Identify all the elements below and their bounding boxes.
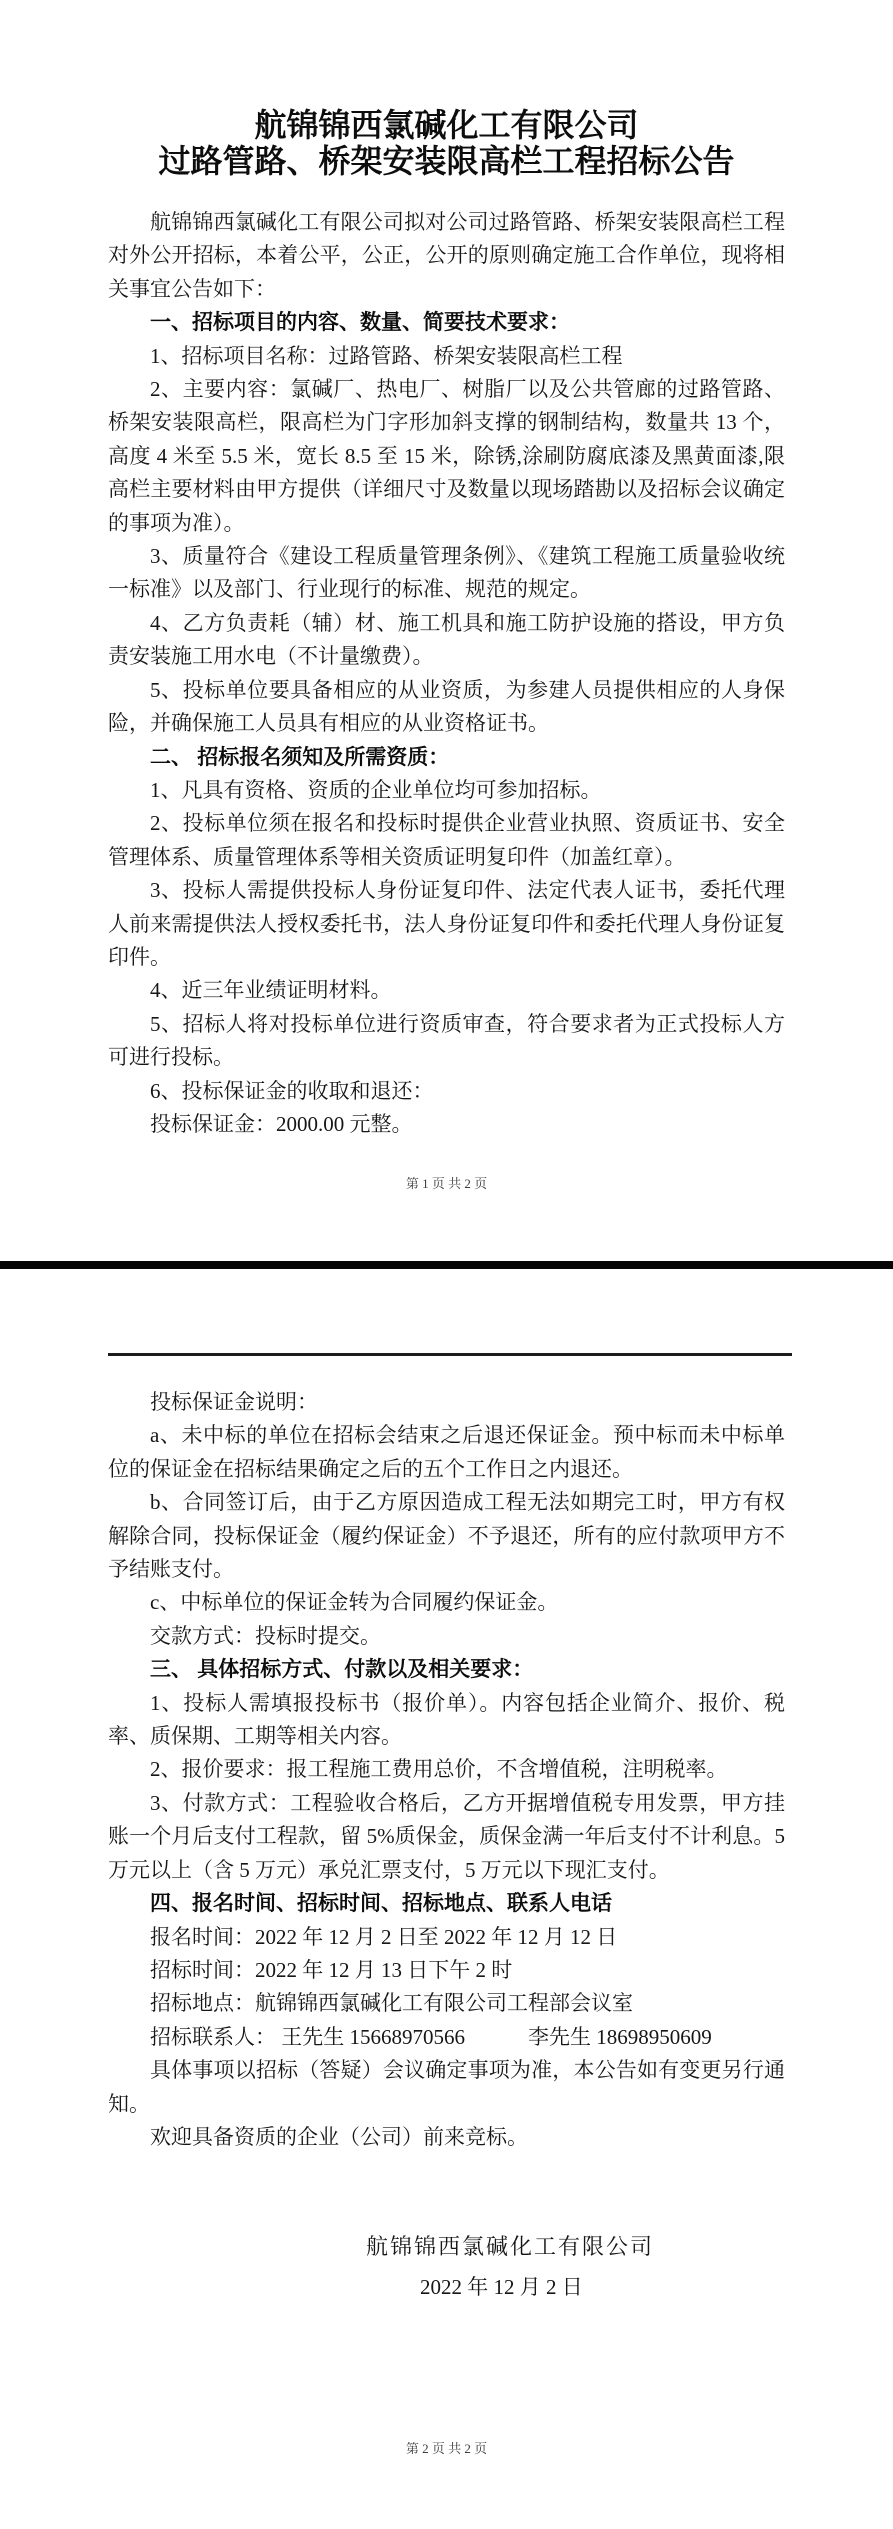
document-title: 航锦锦西氯碱化工有限公司 过路管路、桥架安装限高栏工程招标公告 [0, 107, 893, 179]
document-paragraph: 6、投标保证金的收取和退还： [108, 1075, 785, 1108]
page-1-body: 航锦锦西氯碱化工有限公司拟对公司过路管路、桥架安装限高栏工程对外公开招标，本着公… [108, 206, 785, 1141]
page-2-body: 投标保证金说明：a、未中标的单位在招标会结束之后退还保证金。预中标而未中标单位的… [108, 1386, 785, 2154]
document-paragraph: a、未中标的单位在招标会结束之后退还保证金。预中标而未中标单位的保证金在招标结果… [108, 1419, 785, 1486]
document-paragraph: 5、投标单位要具备相应的从业资质，为参建人员提供相应的人身保险，并确保施工人员具… [108, 674, 785, 741]
document-paragraph: 4、乙方负责耗（辅）材、施工机具和施工防护设施的搭设，甲方负责安装施工用水电（不… [108, 607, 785, 674]
document-paragraph: 招标时间：2022 年 12 月 13 日下午 2 时 [108, 1954, 785, 1987]
document-paragraph: 2、报价要求：报工程施工费用总价，不含增值税，注明税率。 [108, 1753, 785, 1786]
document-paragraph: 2、投标单位须在报名和投标时提供企业营业执照、资质证书、安全管理体系、质量管理体… [108, 807, 785, 874]
document-paragraph: 1、凡具有资格、资质的企业单位均可参加招标。 [108, 774, 785, 807]
signature-date: 2022 年 12 月 2 日 [420, 2271, 583, 2301]
document-paragraph: 1、招标项目名称：过路管路、桥架安装限高栏工程 [108, 340, 785, 373]
document-paragraph: 4、近三年业绩证明材料。 [108, 974, 785, 1007]
document-paragraph: 投标保证金说明： [108, 1386, 785, 1419]
document-paragraph: 航锦锦西氯碱化工有限公司拟对公司过路管路、桥架安装限高栏工程对外公开招标，本着公… [108, 206, 785, 306]
scanned-document: 航锦锦西氯碱化工有限公司 过路管路、桥架安装限高栏工程招标公告 航锦锦西氯碱化工… [0, 0, 893, 2529]
document-paragraph: 具体事项以招标（答疑）会议确定事项为准，本公告如有变更另行通知。 [108, 2054, 785, 2121]
document-paragraph: 二、 招标报名须知及所需资质： [108, 741, 785, 774]
document-paragraph: 1、投标人需填报投标书（报价单）。内容包括企业简介、报价、税率、质保期、工期等相… [108, 1687, 785, 1754]
document-paragraph: 一、招标项目的内容、数量、简要技术要求： [108, 306, 785, 339]
document-paragraph: 招标联系人： 王先生 15668970566 李先生 18698950609 [108, 2021, 785, 2054]
document-paragraph: 招标地点：航锦锦西氯碱化工有限公司工程部会议室 [108, 1987, 785, 2020]
document-paragraph: 3、付款方式：工程验收合格后，乙方开据增值税专用发票，甲方挂账一个月后支付工程款… [108, 1787, 785, 1887]
document-paragraph: 四、报名时间、招标时间、招标地点、联系人电话 [108, 1887, 785, 1920]
document-paragraph: b、合同签订后，由于乙方原因造成工程无法如期完工时，甲方有权解除合同，投标保证金… [108, 1486, 785, 1586]
title-line-1: 航锦锦西氯碱化工有限公司 [0, 107, 893, 143]
document-paragraph: 投标保证金：2000.00 元整。 [108, 1108, 785, 1141]
page-1: 航锦锦西氯碱化工有限公司 过路管路、桥架安装限高栏工程招标公告 航锦锦西氯碱化工… [0, 0, 893, 1261]
document-paragraph: 交款方式：投标时提交。 [108, 1620, 785, 1653]
document-paragraph: 报名时间：2022 年 12 月 2 日至 2022 年 12 月 12 日 [108, 1921, 785, 1954]
page-2-footer: 第 2 页 共 2 页 [0, 2441, 893, 2456]
page-2-top-rule [108, 1353, 792, 1356]
document-paragraph: 2、主要内容：氯碱厂、热电厂、树脂厂以及公共管廊的过路管路、桥架安装限高栏，限高… [108, 373, 785, 540]
signature-company: 航锦锦西氯碱化工有限公司 [366, 2230, 654, 2261]
document-paragraph: 三、 具体招标方式、付款以及相关要求： [108, 1653, 785, 1686]
document-paragraph: 3、投标人需提供投标人身份证复印件、法定代表人证书，委托代理人前来需提供法人授权… [108, 874, 785, 974]
title-line-2: 过路管路、桥架安装限高栏工程招标公告 [0, 143, 893, 179]
page-separator [0, 1261, 893, 1269]
page-1-footer: 第 1 页 共 2 页 [0, 1176, 893, 1191]
document-paragraph: 5、招标人将对投标单位进行资质审查，符合要求者为正式投标人方可进行投标。 [108, 1008, 785, 1075]
document-paragraph: 欢迎具备资质的企业（公司）前来竞标。 [108, 2121, 785, 2154]
page-2: 投标保证金说明：a、未中标的单位在招标会结束之后退还保证金。预中标而未中标单位的… [0, 1269, 893, 2529]
document-paragraph: c、中标单位的保证金转为合同履约保证金。 [108, 1586, 785, 1619]
document-paragraph: 3、质量符合《建设工程质量管理条例》、《建筑工程施工质量验收统一标准》以及部门、… [108, 540, 785, 607]
